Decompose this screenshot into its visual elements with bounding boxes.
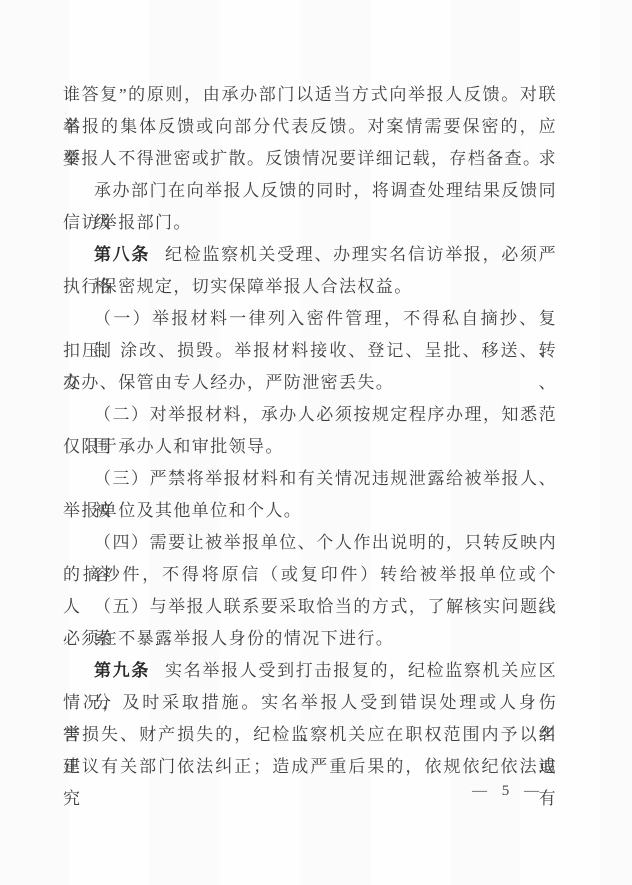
text-line: 必须在不暴露举报人身份的情况下进行。	[63, 623, 557, 655]
text-line: （三）严禁将举报材料和有关情况违规泄露给被举报人、被	[63, 463, 557, 495]
text-line: 信访举报部门。	[63, 207, 557, 239]
paragraph: 承办部门在向举报人反馈的同时，将调查处理结果反馈同级 信访举报部门。	[63, 175, 557, 239]
paragraph-item-5: （五）与举报人联系要采取恰当的方式，了解核实问题线索 必须在不暴露举报人身份的情…	[63, 591, 557, 655]
text-content: 谁答复”的原则，由承办部门以适当方式向举报人反馈。对联名 举报的集体反馈或向部分…	[63, 79, 557, 783]
text-line: 扣压、涂改、损毁。举报材料接收、登记、呈批、移送、转办、	[63, 335, 557, 367]
text-line: 仅限于承办人和审批领导。	[63, 431, 557, 463]
text-line: 第九条实名举报人受到打击报复的，纪检监察机关应区分	[63, 655, 557, 687]
paragraph-article-8: 第八条纪检监察机关受理、办理实名信访举报，必须严格 执行保密规定，切实保障举报人…	[63, 239, 557, 303]
text-line: 情况，及时采取措施。实名举报人受到错误处理或人身伤害、名	[63, 687, 557, 719]
paragraph-item-2: （二）对举报材料，承办人必须按规定程序办理，知悉范围 仅限于承办人和审批领导。	[63, 399, 557, 463]
page-number: — 5 —	[472, 776, 540, 806]
paragraph-item-1: （一）举报材料一律列入密件管理，不得私自摘抄、复制、 扣压、涂改、损毁。举报材料…	[63, 303, 557, 399]
text-line: 誉损失、财产损失的，纪检监察机关应在职权范围内予以纠正或	[63, 719, 557, 751]
text-line: 举报人不得泄密或扩散。反馈情况要详细记载，存档备查。	[63, 143, 557, 175]
text-line: （一）举报材料一律列入密件管理，不得私自摘抄、复制、	[63, 303, 557, 335]
text-line: （二）对举报材料，承办人必须按规定程序办理，知悉范围	[63, 399, 557, 431]
paragraph-article-9: 第九条实名举报人受到打击报复的，纪检监察机关应区分 情况，及时采取措施。实名举报…	[63, 655, 557, 783]
text-line: 谁答复”的原则，由承办部门以适当方式向举报人反馈。对联名	[63, 79, 557, 111]
document-page: 谁答复”的原则，由承办部门以适当方式向举报人反馈。对联名 举报的集体反馈或向部分…	[0, 0, 632, 885]
text-line: （五）与举报人联系要采取恰当的方式，了解核实问题线索	[63, 591, 557, 623]
paragraph-item-4: （四）需要让被举报单位、个人作出说明的，只转反映内容 的摘抄件，不得将原信（或复…	[63, 527, 557, 591]
text-line: 第八条纪检监察机关受理、办理实名信访举报，必须严格	[63, 239, 557, 271]
article-number: 第八条	[94, 245, 150, 264]
text-line: 举报的集体反馈或向部分代表反馈。对案情需要保密的，应要求	[63, 111, 557, 143]
text-line: （四）需要让被举报单位、个人作出说明的，只转反映内容	[63, 527, 557, 559]
text-line: 的摘抄件，不得将原信（或复印件）转给被举报单位或个人。	[63, 559, 557, 591]
text-line: 举报单位及其他单位和个人。	[63, 495, 557, 527]
paragraph-item-3: （三）严禁将举报材料和有关情况违规泄露给被举报人、被 举报单位及其他单位和个人。	[63, 463, 557, 527]
text-line: 执行保密规定，切实保障举报人合法权益。	[63, 271, 557, 303]
paragraph: 谁答复”的原则，由承办部门以适当方式向举报人反馈。对联名 举报的集体反馈或向部分…	[63, 79, 557, 175]
text-line: 承办部门在向举报人反馈的同时，将调查处理结果反馈同级	[63, 175, 557, 207]
article-number: 第九条	[94, 661, 150, 680]
